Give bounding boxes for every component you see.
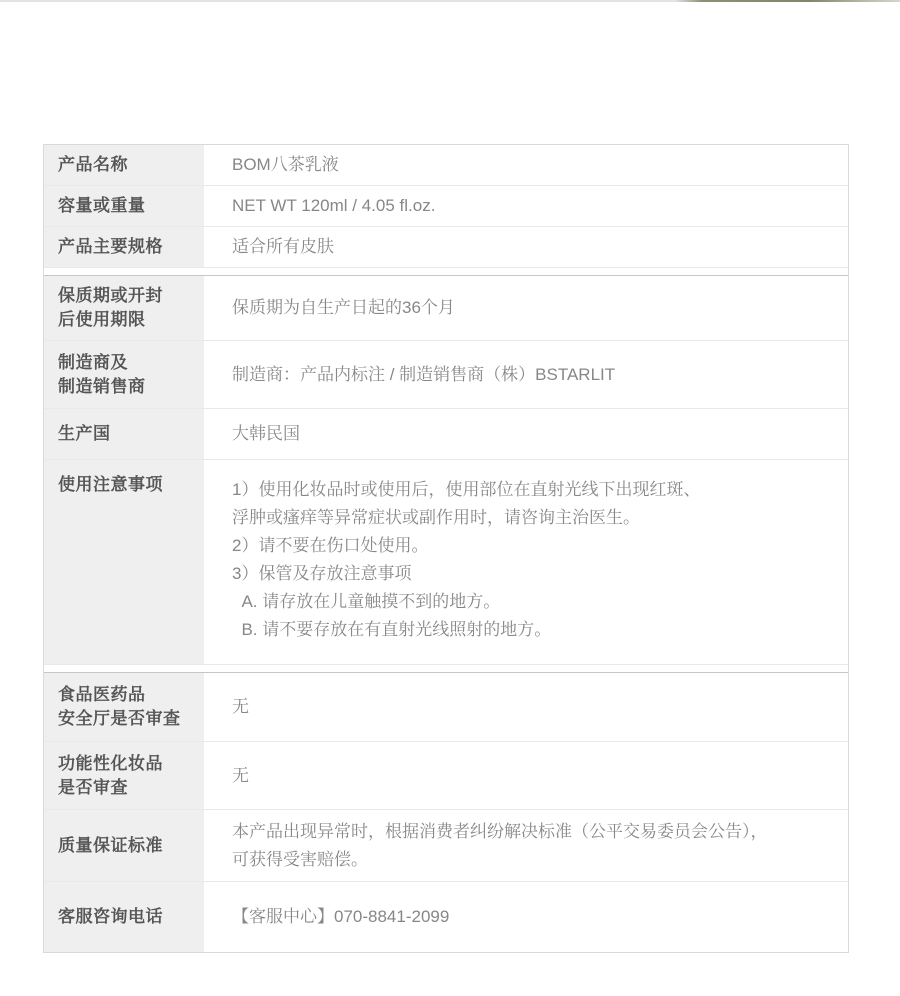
row-label: 生产国: [44, 409, 204, 459]
row-label: 产品名称: [44, 145, 204, 185]
table-row: 质量保证标准本产品出现异常时，根据消费者纠纷解决标准（公平交易委员会公告），可获…: [44, 809, 848, 881]
table-row: 食品医药品安全厅是否审查无: [44, 673, 848, 741]
table-row: 产品名称BOM八茶乳液: [44, 145, 848, 185]
row-label: 制造商及制造销售商: [44, 341, 204, 408]
row-value: 制造商：产品内标注 / 制造销售商（株）BSTARLIT: [204, 341, 848, 408]
row-label: 客服咨询电话: [44, 882, 204, 952]
top-banner-edge: [0, 0, 900, 2]
row-value: 1）使用化妆品时或使用后，使用部位在直射光线下出现红斑、浮肿或瘙痒等异常症状或副…: [204, 460, 848, 664]
row-label: 容量或重量: [44, 186, 204, 226]
row-value: 本产品出现异常时，根据消费者纠纷解决标准（公平交易委员会公告），可获得受害赔偿。: [204, 810, 848, 881]
table-section: 产品名称BOM八茶乳液容量或重量NET WT 120ml / 4.05 fl.o…: [44, 145, 848, 267]
table-row: 生产国大韩民国: [44, 408, 848, 459]
table-row: 客服咨询电话【客服中心】070-8841-2099: [44, 881, 848, 952]
row-label: 保质期或开封后使用期限: [44, 276, 204, 340]
row-value: NET WT 120ml / 4.05 fl.oz.: [204, 186, 848, 226]
row-value: 【客服中心】070-8841-2099: [204, 882, 848, 952]
table-row: 制造商及制造销售商制造商：产品内标注 / 制造销售商（株）BSTARLIT: [44, 340, 848, 408]
row-value: 无: [204, 673, 848, 741]
row-value: 保质期为自生产日起的36个月: [204, 276, 848, 340]
table-row: 产品主要规格适合所有皮肤: [44, 226, 848, 267]
row-value: 适合所有皮肤: [204, 227, 848, 267]
table-row: 使用注意事项1）使用化妆品时或使用后，使用部位在直射光线下出现红斑、浮肿或瘙痒等…: [44, 459, 848, 664]
table-row: 容量或重量NET WT 120ml / 4.05 fl.oz.: [44, 185, 848, 226]
table-section: 食品医药品安全厅是否审查无功能性化妆品是否审查无质量保证标准本产品出现异常时，根…: [44, 673, 848, 952]
row-value: BOM八茶乳液: [204, 145, 848, 185]
row-value: 无: [204, 742, 848, 809]
table-row: 功能性化妆品是否审查无: [44, 741, 848, 809]
table-row: 保质期或开封后使用期限保质期为自生产日起的36个月: [44, 276, 848, 340]
row-label: 食品医药品安全厅是否审查: [44, 673, 204, 741]
section-divider: [44, 664, 848, 673]
row-value: 大韩民国: [204, 409, 848, 459]
table-section: 保质期或开封后使用期限保质期为自生产日起的36个月制造商及制造销售商制造商：产品…: [44, 276, 848, 664]
product-spec-table: 产品名称BOM八茶乳液容量或重量NET WT 120ml / 4.05 fl.o…: [43, 144, 849, 953]
row-label: 使用注意事项: [44, 460, 204, 664]
row-label: 功能性化妆品是否审查: [44, 742, 204, 809]
row-label: 质量保证标准: [44, 810, 204, 881]
row-label: 产品主要规格: [44, 227, 204, 267]
section-divider: [44, 267, 848, 276]
